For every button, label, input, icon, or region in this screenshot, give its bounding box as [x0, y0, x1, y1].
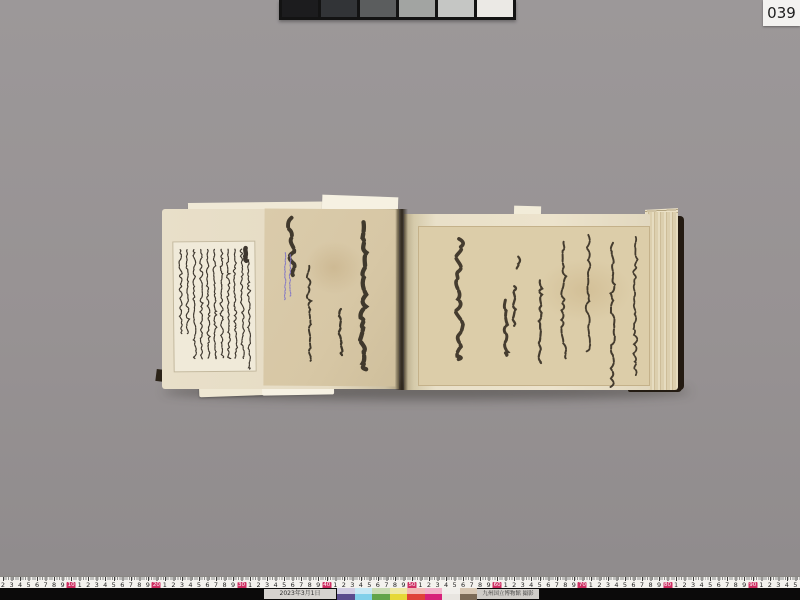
page-stack-right-edge [646, 212, 678, 390]
grayscale-step [399, 0, 435, 17]
calligraphy-column [306, 266, 311, 361]
calligraphy-column [284, 253, 286, 300]
grayscale-step [321, 0, 357, 17]
calligraphy-column [206, 249, 210, 358]
grayscale-step [360, 0, 396, 17]
color-separation-guide [337, 588, 477, 600]
letter-card-calligraphy [173, 242, 255, 372]
calligraphy-column [504, 300, 507, 355]
calligraphy-column [586, 235, 590, 351]
envelope-calligraphy [263, 209, 396, 387]
calligraphy-column [611, 243, 615, 387]
museum-credit-label: 九州国立博物館 撮影 [477, 589, 539, 599]
frame-number-label: 039 [763, 0, 800, 26]
grayscale-step [477, 0, 513, 17]
calligraphy-column [220, 249, 224, 358]
calligraphy-column [561, 242, 566, 359]
calligraphy-column [213, 249, 217, 358]
calligraphy-column [192, 250, 196, 359]
grayscale-calibration-bar [279, 0, 516, 20]
calligraphy-column [226, 249, 230, 358]
color-patch-brown [460, 588, 478, 600]
color-patch-white [442, 588, 460, 600]
calligraphy-column [179, 250, 183, 334]
calligraphy-column [633, 237, 637, 375]
archive-photo: 039 234567891012345678920123456789301234… [0, 0, 800, 600]
calligraphy-column [233, 249, 237, 358]
calligraphy-column [199, 250, 203, 359]
calligraphy-column [539, 280, 542, 363]
calligraphy-column [288, 218, 295, 275]
letter-sheet-calligraphy [419, 227, 649, 385]
pasted-letter-card [172, 241, 256, 373]
calligraphy-column [517, 257, 520, 269]
measuring-ruler: 2345678910123456789201234567893012345678… [0, 576, 800, 588]
calligraphy-column [245, 248, 246, 261]
calligraphy-column [360, 222, 367, 369]
color-patch-green [372, 588, 390, 600]
pasted-envelope [263, 209, 396, 387]
calligraphy-column [455, 239, 463, 359]
book-spine-gutter [395, 209, 408, 390]
grayscale-step [282, 0, 318, 17]
color-patch-purple [337, 588, 355, 600]
grayscale-step [438, 0, 474, 17]
capture-date-label: 2023年3月1日 [264, 589, 336, 599]
calligraphy-column [339, 309, 343, 355]
calligraphy-column [247, 260, 251, 369]
calligraphy-column [240, 249, 245, 358]
pasted-letter-sheet [418, 226, 650, 386]
color-patch-cyan [355, 588, 373, 600]
calligraphy-column [186, 250, 190, 334]
color-patch-red [407, 588, 425, 600]
calligraphy-column [513, 286, 516, 326]
color-patch-magenta [425, 588, 443, 600]
color-patch-yellow [390, 588, 408, 600]
